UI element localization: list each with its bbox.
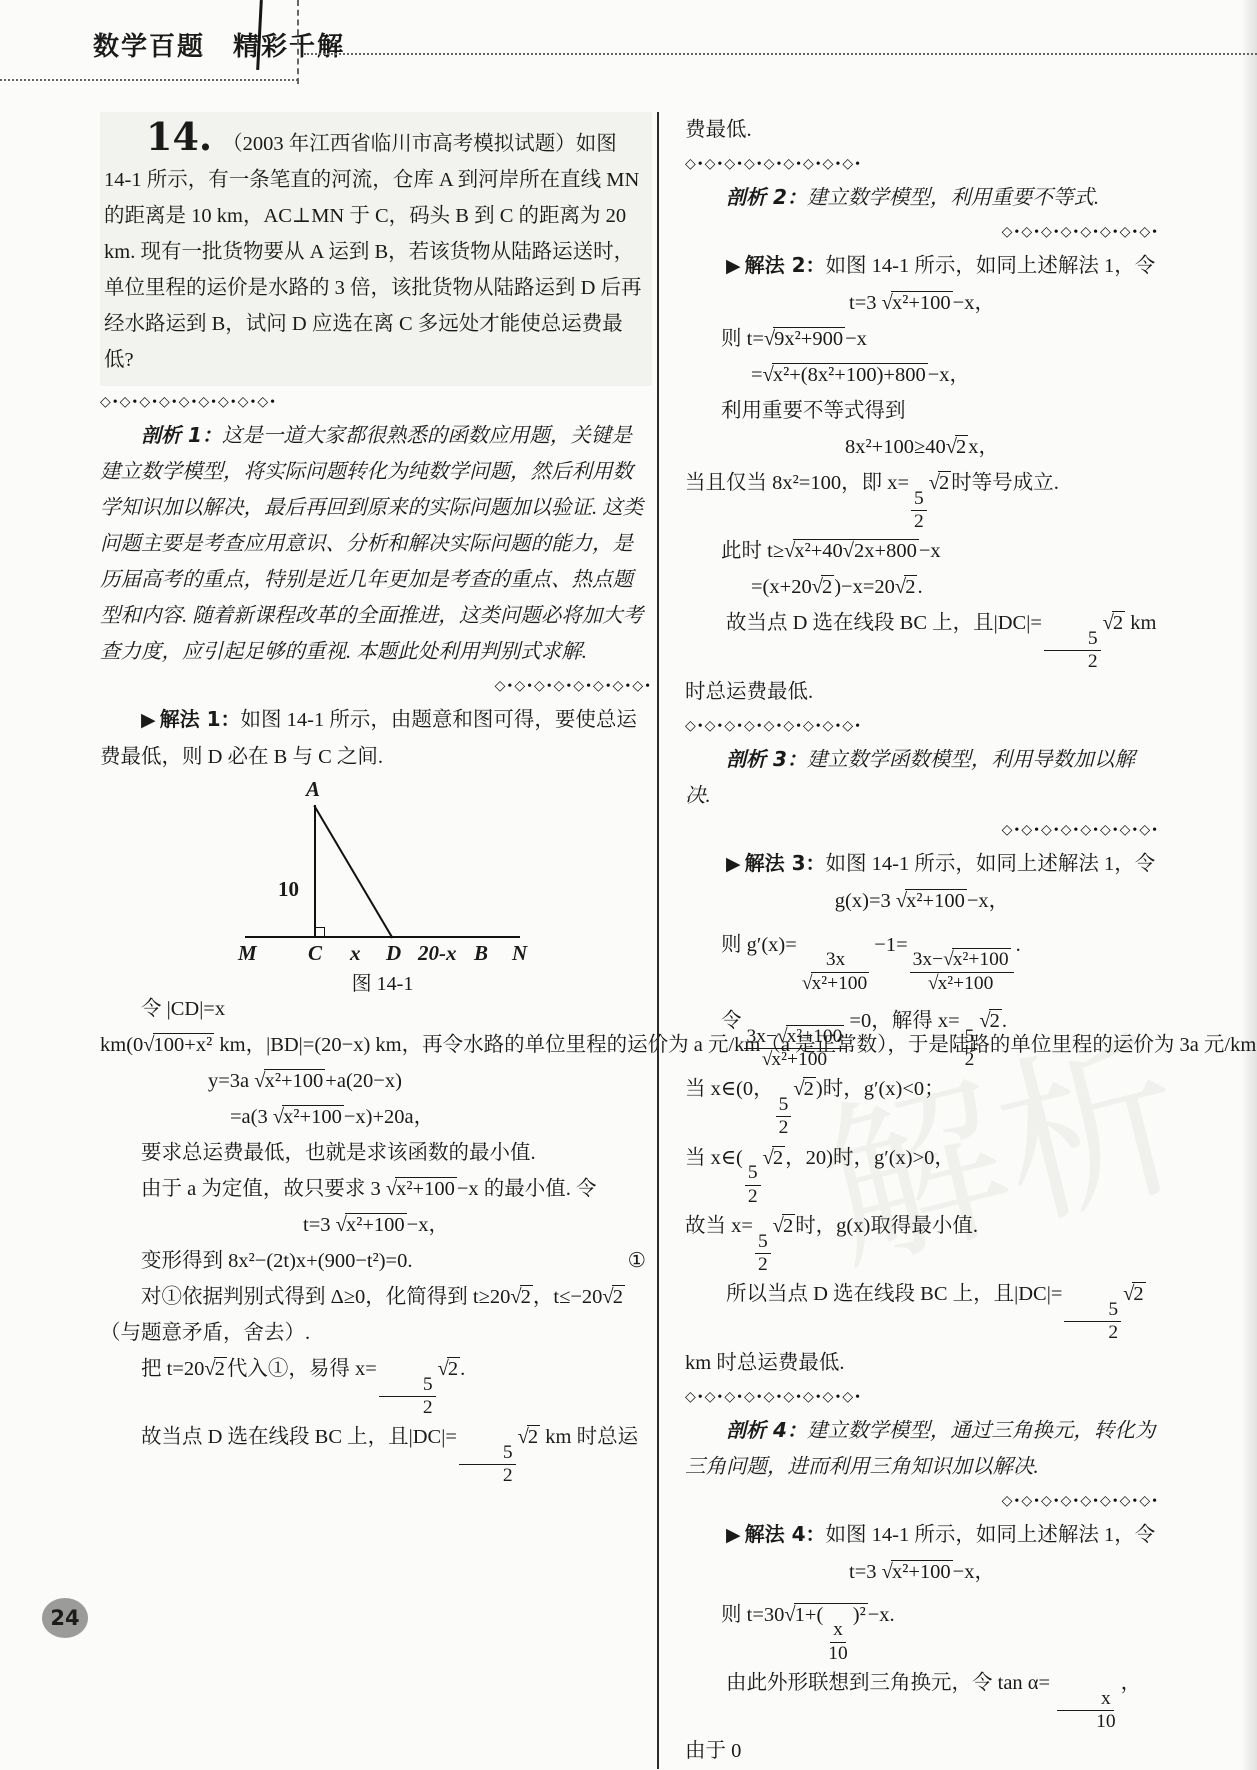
analysis-3-paragraph: 剖析 3：建立数学函数模型，利用导数加以解决. bbox=[685, 741, 1159, 814]
right-column: 费最低. ◇•◇•◇•◇•◇•◇•◇•◇•◇• 剖析 2：建立数学模型，利用重要… bbox=[657, 112, 1159, 1769]
page-number-badge: 24 bbox=[42, 1598, 88, 1638]
solution-2-label: 解法 2： bbox=[745, 253, 826, 277]
solution-2-intro-text: 如图 14-1 所示，如同上述解法 1，令 bbox=[826, 255, 1156, 277]
solution-2-intro: ▶解法 2：如图 14-1 所示，如同上述解法 1，令 bbox=[685, 247, 1159, 285]
section-separator: ◇•◇•◇•◇•◇•◇•◇•◇• bbox=[685, 1493, 1159, 1510]
equation-line: =(x+20√2)−x=20√2. bbox=[685, 569, 1159, 605]
solution-4-label: 解法 4： bbox=[745, 1522, 826, 1546]
solution-2-conclusion: 故当点 D 选在线段 BC 上，且|DC|=52√2 km 时总运费最低. bbox=[685, 605, 1159, 709]
solution-1-paragraph: 要求总运费最低，也就是求该函数的最小值. bbox=[100, 1135, 652, 1171]
analysis-1-label: 剖析 1： bbox=[141, 423, 222, 447]
figure-label-N: N bbox=[512, 941, 527, 966]
equation-solve: 令3x−√x²+100√x²+100=0，解得 x=52√2. bbox=[685, 995, 1159, 1071]
equation-with-number: 变形得到 8x²−(2t)x+(900−t²)=0.① bbox=[100, 1243, 652, 1279]
solution-3-paragraph: 当 x∈(52√2，20)时，g′(x)>0， bbox=[685, 1140, 1159, 1208]
analysis-4-paragraph: 剖析 4：建立数学模型，通过三角换元，转化为三角问题，进而利用三角知识加以解决. bbox=[685, 1412, 1159, 1485]
solution-marker-icon: ▶ bbox=[726, 1525, 741, 1546]
page-number: 24 bbox=[50, 1606, 79, 1630]
solution-3-conclusion: 所以当点 D 选在线段 BC 上，且|DC|=52√2 km 时总运费最低. bbox=[685, 1276, 1159, 1380]
page-title: 数学百题 精彩千解 bbox=[93, 26, 345, 63]
solution-3-paragraph: 故当 x=52√2时，g(x)取得最小值. bbox=[685, 1208, 1159, 1276]
figure-label-C: C bbox=[308, 941, 322, 966]
solution-marker-icon: ▶ bbox=[726, 854, 741, 875]
problem-number: 14. bbox=[146, 114, 212, 159]
equation-number: ① bbox=[628, 1243, 646, 1279]
equation-line: =√x²+(8x²+100)+800−x， bbox=[685, 357, 1159, 393]
analysis-2-paragraph: 剖析 2：建立数学模型，利用重要不等式. bbox=[685, 179, 1159, 216]
equation-y: y=3a √x²+100+a(20−x) bbox=[100, 1063, 652, 1099]
figure-label-D: D bbox=[386, 941, 401, 966]
equation-line: 则 t=√9x²+900−x bbox=[685, 321, 1159, 357]
section-separator: ◇•◇•◇•◇•◇•◇•◇•◇• bbox=[100, 678, 652, 695]
solution-1-paragraph: 对①依据判别式得到 Δ≥0，化简得到 t≥20√2，t≤−20√2（与题意矛盾，… bbox=[100, 1279, 652, 1351]
solution-4-paragraph: 由此外形联想到三角换元，令 tan α=x10，由于 0 bbox=[685, 1665, 1159, 1769]
section-separator: ◇•◇•◇•◇•◇•◇•◇•◇•◇• bbox=[685, 718, 1159, 735]
solution-1-paragraph: 令 |CD|=x km(0√100+x² km，|BD|=(20−x) km，再… bbox=[100, 991, 652, 1063]
solution-marker-icon: ▶ bbox=[726, 256, 741, 277]
figure-label-B: B bbox=[474, 941, 488, 966]
two-column-layout: 14.（2003 年江西省临川市高考模拟试题）如图 14-1 所示，有一条笔直的… bbox=[100, 112, 1159, 1769]
equation-t: t=3 √x²+100−x， bbox=[100, 1207, 652, 1243]
figure-right-angle-mark bbox=[316, 927, 325, 936]
solution-2-paragraph: 当且仅当 8x²=100，即 x=52√2时等号成立. bbox=[685, 465, 1159, 533]
section-separator: ◇•◇•◇•◇•◇•◇•◇•◇•◇• bbox=[685, 156, 1159, 173]
analysis-2-text: 建立数学模型，利用重要不等式. bbox=[807, 187, 1099, 209]
equation-y-2: =a(3 √x²+100−x)+20a， bbox=[100, 1099, 652, 1135]
header-vertical-dashed-line bbox=[297, 0, 299, 84]
section-separator: ◇•◇•◇•◇•◇•◇•◇•◇• bbox=[685, 224, 1159, 241]
figure-segment-AD bbox=[313, 805, 393, 939]
solution-3-paragraph: 当 x∈(0，52√2)时，g′(x)<0； bbox=[685, 1071, 1159, 1139]
solution-1-intro: ▶解法 1：如图 14-1 所示，由题意和图可得，要使总运费最低，则 D 必在 … bbox=[100, 701, 652, 775]
analysis-2-label: 剖析 2： bbox=[726, 185, 807, 209]
left-column: 14.（2003 年江西省临川市高考模拟试题）如图 14-1 所示，有一条笔直的… bbox=[100, 112, 652, 1769]
figure-segment-AC bbox=[314, 805, 316, 937]
solution-1-paragraph: 把 t=20√2代入①，易得 x=52√2. bbox=[100, 1351, 652, 1419]
equation-derivative: 则 g′(x)=3x√x²+100−1=3x−√x²+100√x²+100. bbox=[685, 919, 1159, 995]
analysis-3-label: 剖析 3： bbox=[726, 747, 807, 771]
equation-line: 此时 t≥√x²+40√2x+800−x bbox=[685, 533, 1159, 569]
figure-label-20-x: 20-x bbox=[418, 941, 457, 966]
section-separator: ◇•◇•◇•◇•◇•◇•◇•◇•◇• bbox=[685, 1389, 1159, 1406]
solution-marker-icon: ▶ bbox=[141, 710, 156, 731]
solution-3-label: 解法 3： bbox=[745, 851, 826, 875]
analysis-4-label: 剖析 4： bbox=[726, 1418, 807, 1442]
solution-4-intro-text: 如图 14-1 所示，如同上述解法 1，令 bbox=[826, 1524, 1156, 1546]
analysis-1-paragraph: 剖析 1：这是一道大家都很熟悉的函数应用题，关键是建立数学模型，将实际问题转化为… bbox=[100, 417, 652, 670]
equation-inequality: 8x²+100≥40√2x， bbox=[685, 429, 1159, 465]
solution-1-conclusion-carry: 费最低. bbox=[685, 112, 1159, 148]
figure-caption: 图 14-1 bbox=[245, 967, 520, 996]
equation-t: t=3 √x²+100−x， bbox=[685, 1554, 1159, 1590]
problem-text: （2003 年江西省临川市高考模拟试题）如图 14-1 所示，有一条笔直的河流，… bbox=[104, 133, 642, 371]
section-separator: ◇•◇•◇•◇•◇•◇•◇•◇•◇• bbox=[100, 394, 652, 411]
solution-3-intro: ▶解法 3：如图 14-1 所示，如同上述解法 1，令 bbox=[685, 845, 1159, 883]
equation-trig: 则 t=30√1+(x10)²−x. bbox=[685, 1590, 1159, 1665]
header-dotted-line-left bbox=[0, 79, 298, 81]
header-dotted-line-right bbox=[304, 53, 1257, 55]
figure-label-A: A bbox=[306, 777, 320, 802]
figure-label-x: x bbox=[350, 941, 361, 966]
figure-label-M: M bbox=[238, 941, 257, 966]
solution-1-paragraph: 由于 a 为定值，故只要求 3 √x²+100−x 的最小值. 令 bbox=[100, 1171, 652, 1207]
equation-quadratic: 变形得到 8x²−(2t)x+(900−t²)=0. bbox=[100, 1243, 413, 1279]
equation-t: t=3 √x²+100−x， bbox=[685, 285, 1159, 321]
scanned-page: 数学百题 精彩千解 解析 14.（2003 年江西省临川市高考模拟试题）如图 1… bbox=[0, 0, 1257, 1770]
problem-statement: 14.（2003 年江西省临川市高考模拟试题）如图 14-1 所示，有一条笔直的… bbox=[100, 112, 652, 386]
solution-3-intro-text: 如图 14-1 所示，如同上述解法 1，令 bbox=[826, 853, 1156, 875]
equation-g: g(x)=3 √x²+100−x， bbox=[685, 883, 1159, 919]
solution-1-conclusion: 故当点 D 选在线段 BC 上，且|DC|=52√2 km 时总运 bbox=[100, 1419, 652, 1487]
solution-1-label: 解法 1： bbox=[160, 707, 241, 731]
section-separator: ◇•◇•◇•◇•◇•◇•◇•◇• bbox=[685, 822, 1159, 839]
solution-2-paragraph: 利用重要不等式得到 bbox=[685, 393, 1159, 429]
figure-label-10: 10 bbox=[278, 877, 299, 902]
scan-edge-shadow bbox=[1241, 0, 1257, 1770]
figure-line-MN bbox=[245, 936, 520, 938]
solution-4-intro: ▶解法 4：如图 14-1 所示，如同上述解法 1，令 bbox=[685, 1516, 1159, 1554]
figure-14-1: A 10 M C x D 20-x B N 图 14-1 bbox=[100, 785, 652, 991]
analysis-1-text: 这是一道大家都很熟悉的函数应用题，关键是建立数学模型，将实际问题转化为纯数学问题… bbox=[100, 425, 643, 663]
